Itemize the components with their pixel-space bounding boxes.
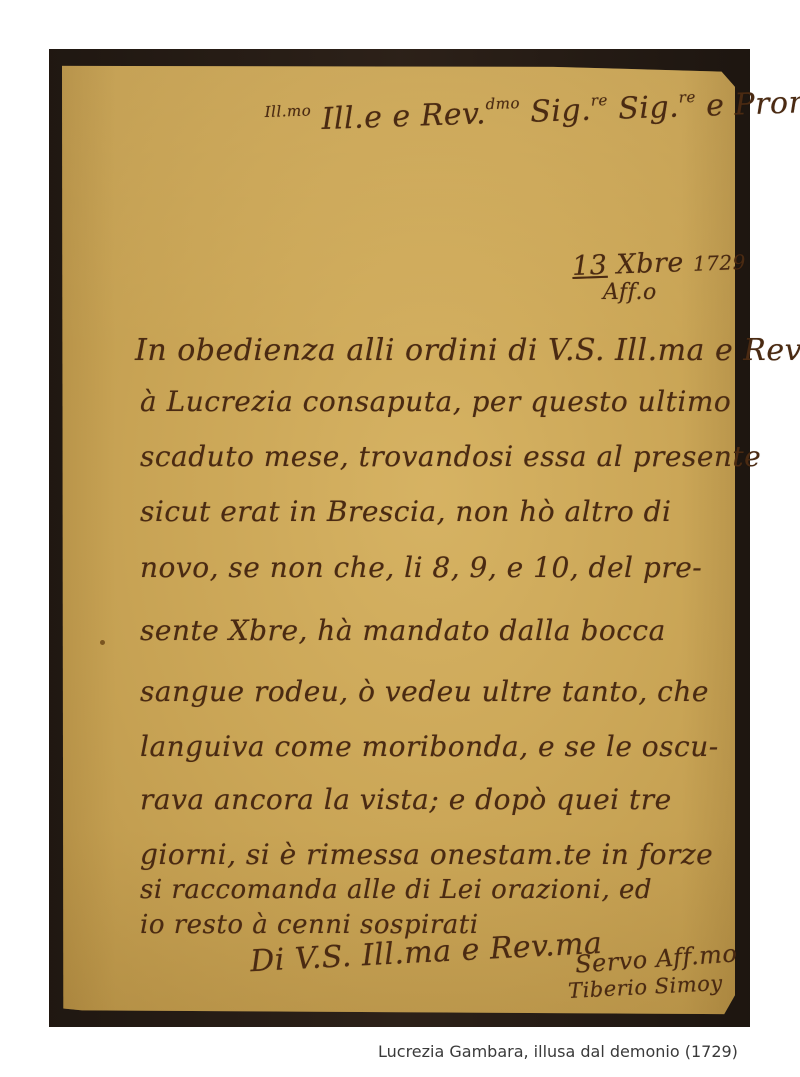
date-month: Xbre	[616, 247, 684, 280]
salutation-superscript: Ill.mo	[264, 101, 311, 121]
letter-date: 13 Xbre 1729	[572, 245, 747, 282]
body-line-11: si raccomanda alle di Lei orazioni, ed	[140, 875, 652, 905]
salutation-part3: Sig.	[618, 90, 680, 127]
paper-stain	[100, 640, 105, 645]
body-line-4: sicut erat in Brescia, non hò altro di	[140, 495, 671, 528]
salutation-main: Ill.e e Rev.	[321, 96, 487, 137]
image-caption: Lucrezia Gambara, illusa dal demonio (17…	[378, 1042, 738, 1061]
body-line-5: novo, se non che, li 8, 9, e 10, del pre…	[140, 551, 702, 584]
body-line-2: à Lucrezia consaputa, per questo ultimo	[140, 385, 731, 418]
body-line-8: languiva come moribonda, e se le oscu-	[140, 730, 719, 763]
body-line-3: scaduto mese, trovandosi essa al present…	[140, 440, 761, 473]
date-year: 1729	[693, 250, 747, 276]
date-subscript: Aff.o	[603, 280, 657, 305]
salutation-superscript-2: re	[591, 91, 609, 110]
salutation-part4: e Pron Col.mo	[706, 81, 800, 124]
body-line-1: In obedienza alli ordini di V.S. Ill.ma …	[135, 333, 800, 368]
date-day: 13	[572, 250, 608, 282]
body-line-10: giorni, si è rimessa onestam.te in forze	[140, 838, 713, 871]
body-line-7: sangue rodeu, ò vedeu ultre tanto, che	[140, 675, 709, 708]
salutation-part2: Sig.	[530, 93, 592, 130]
body-line-6: sente Xbre, hà mandato dalla bocca	[140, 614, 666, 647]
salutation-superscript-mid: dmo	[485, 94, 520, 113]
salutation-superscript-3: re	[678, 88, 696, 107]
body-line-9: rava ancora la vista; e dopò quei tre	[140, 783, 672, 816]
